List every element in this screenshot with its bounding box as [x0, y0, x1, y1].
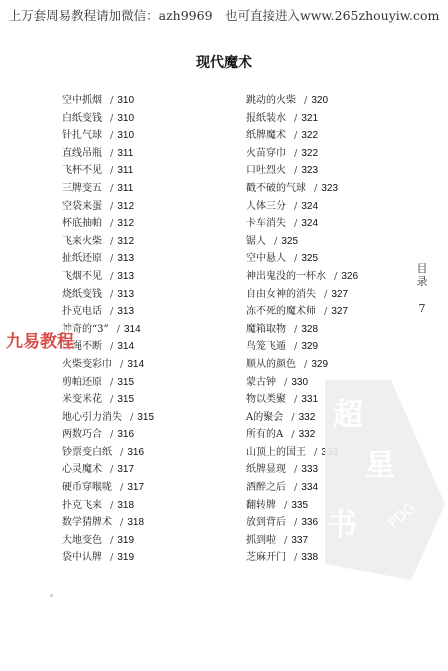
- toc-entry: 硬币穿喉咙/317: [62, 479, 154, 497]
- separator-slash: /: [284, 500, 287, 511]
- entry-page-number: 314: [124, 324, 141, 335]
- toc-entry: 顺从的颜色/329: [246, 356, 358, 374]
- entry-page-number: 332: [299, 412, 316, 423]
- toc-entry: 飞来火柴/312: [62, 233, 154, 251]
- separator-slash: /: [294, 482, 297, 493]
- separator-slash: /: [294, 517, 297, 528]
- entry-title: 芝麻开门: [246, 552, 286, 563]
- separator-slash: /: [274, 236, 277, 247]
- separator-slash: /: [120, 447, 123, 458]
- entry-page-number: 332: [299, 429, 316, 440]
- entry-title: 人体三分: [246, 201, 286, 212]
- entry-page-number: 316: [117, 429, 134, 440]
- toc-entry: 数学猜牌术/318: [62, 514, 154, 532]
- entry-page-number: 322: [301, 130, 318, 141]
- toc-entry: 火苗穿巾/322: [246, 145, 358, 163]
- separator-slash: /: [120, 359, 123, 370]
- scan-speck: [50, 594, 53, 597]
- entry-page-number: 337: [291, 535, 308, 546]
- separator-slash: /: [110, 377, 113, 388]
- section-label-char: 录: [412, 275, 432, 288]
- entry-page-number: 336: [301, 517, 318, 528]
- separator-slash: /: [324, 289, 327, 300]
- toc-entry: 戳不破的气球/323: [246, 180, 358, 198]
- entry-title: 烧纸变钱: [62, 289, 102, 300]
- entry-title: 口吐烈火: [246, 165, 286, 176]
- entry-title: 袋中认牌: [62, 552, 102, 563]
- toc-entry: 三牌变五/311: [62, 180, 154, 198]
- entry-title: 地心引力消失: [62, 412, 122, 423]
- toc-left-column: 空中抓烟/310白纸变钱/310针扎气球/310直线吊瓶/311飞杯不见/311…: [62, 92, 154, 567]
- separator-slash: /: [110, 113, 113, 124]
- entry-title: 放到背后: [246, 517, 286, 528]
- entry-title: 剪帕还原: [62, 377, 102, 388]
- toc-entry: 神出鬼没的一杯水/326: [246, 268, 358, 286]
- separator-slash: /: [110, 289, 113, 300]
- entry-title: 鸟笼飞遁: [246, 341, 286, 352]
- entry-page-number: 313: [117, 289, 134, 300]
- separator-slash: /: [110, 165, 113, 176]
- toc-entry: 人体三分/324: [246, 198, 358, 216]
- separator-slash: /: [110, 183, 113, 194]
- entry-title: 所有的A: [246, 429, 283, 440]
- entry-page-number: 313: [117, 253, 134, 264]
- entry-page-number: 325: [281, 236, 298, 247]
- toc-entry: 火柴变彩巾/314: [62, 356, 154, 374]
- entry-page-number: 324: [301, 201, 318, 212]
- entry-title: A的聚会: [246, 412, 283, 423]
- separator-slash: /: [294, 394, 297, 405]
- entry-page-number: 312: [117, 218, 134, 229]
- separator-slash: /: [291, 429, 294, 440]
- toc-entry: 纸牌魔术/322: [246, 127, 358, 145]
- page-sidebar: 目录 7: [412, 262, 432, 315]
- separator-slash: /: [304, 95, 307, 106]
- separator-slash: /: [294, 464, 297, 475]
- entry-title: 火柴变彩巾: [62, 359, 112, 370]
- entry-title: 自由女神的消失: [246, 289, 316, 300]
- entry-title: 冻不死的魔术师: [246, 306, 316, 317]
- separator-slash: /: [110, 218, 113, 229]
- toc-entry: 袋中认牌/319: [62, 549, 154, 567]
- toc-entry: 飞杯不见/311: [62, 162, 154, 180]
- entry-page-number: 311: [117, 183, 133, 194]
- entry-title: 两数巧合: [62, 429, 102, 440]
- toc-entry: 魔箱取物/328: [246, 321, 358, 339]
- entry-page-number: 311: [117, 148, 133, 159]
- separator-slash: /: [284, 535, 287, 546]
- entry-title: 卡车消失: [246, 218, 286, 229]
- entry-title: 神出鬼没的一杯水: [246, 271, 326, 282]
- entry-page-number: 312: [117, 201, 134, 212]
- separator-slash: /: [314, 183, 317, 194]
- entry-page-number: 325: [301, 253, 318, 264]
- separator-slash: /: [294, 201, 297, 212]
- entry-title: 心灵魔术: [62, 464, 102, 475]
- entry-page-number: 310: [117, 130, 134, 141]
- entry-title: 米变米花: [62, 394, 102, 405]
- entry-page-number: 335: [291, 500, 308, 511]
- separator-slash: /: [110, 271, 113, 282]
- entry-title: 纸牌魔术: [246, 130, 286, 141]
- stamp-glyph: 书: [327, 500, 357, 544]
- entry-title: 顺从的颜色: [246, 359, 296, 370]
- toc-entry: 白纸变钱/310: [62, 110, 154, 128]
- entry-page-number: 314: [117, 341, 134, 352]
- toc-entry: 跳动的火柴/320: [246, 92, 358, 110]
- entry-title: 戳不破的气球: [246, 183, 306, 194]
- entry-title: 扯纸还原: [62, 253, 102, 264]
- entry-title: 火苗穿巾: [246, 148, 286, 159]
- separator-slash: /: [120, 482, 123, 493]
- separator-slash: /: [294, 148, 297, 159]
- library-stamp-watermark: 超 星 书 PDG: [325, 380, 445, 580]
- separator-slash: /: [110, 148, 113, 159]
- separator-slash: /: [110, 500, 113, 511]
- entry-title: 针扎气球: [62, 130, 102, 141]
- entry-page-number: 330: [291, 377, 308, 388]
- entry-page-number: 322: [301, 148, 318, 159]
- separator-slash: /: [314, 447, 317, 458]
- entry-page-number: 313: [117, 271, 134, 282]
- separator-slash: /: [110, 236, 113, 247]
- entry-page-number: 316: [127, 447, 144, 458]
- entry-title: 空中抓烟: [62, 95, 102, 106]
- entry-page-number: 326: [341, 271, 358, 282]
- separator-slash: /: [110, 130, 113, 141]
- toc-entry: 扑克飞来/318: [62, 497, 154, 515]
- separator-slash: /: [110, 341, 113, 352]
- entry-title: 翻转牌: [246, 500, 276, 511]
- section-label-char: 目: [412, 262, 432, 275]
- toc-entry: 大地变色/319: [62, 532, 154, 550]
- separator-slash: /: [294, 552, 297, 563]
- entry-title: 大地变色: [62, 535, 102, 546]
- separator-slash: /: [294, 341, 297, 352]
- stamp-glyph: 超: [333, 390, 363, 434]
- toc-entry: 地心引力消失/315: [62, 409, 154, 427]
- entry-title: 跳动的火柴: [246, 95, 296, 106]
- entry-title: 物以类聚: [246, 394, 286, 405]
- separator-slash: /: [110, 552, 113, 563]
- separator-slash: /: [110, 201, 113, 212]
- entry-title: 扑克飞来: [62, 500, 102, 511]
- toc-entry: 剪帕还原/315: [62, 374, 154, 392]
- entry-title: 山顶上的国王: [246, 447, 306, 458]
- toc-entry: 报纸装水/321: [246, 110, 358, 128]
- separator-slash: /: [294, 165, 297, 176]
- separator-slash: /: [110, 253, 113, 264]
- toc-entry: 针扎气球/310: [62, 127, 154, 145]
- entry-page-number: 328: [301, 324, 318, 335]
- entry-title: 酒醉之后: [246, 482, 286, 493]
- separator-slash: /: [294, 218, 297, 229]
- toc-entry: 烧纸变钱/313: [62, 286, 154, 304]
- entry-title: 报纸装水: [246, 113, 286, 124]
- page-number: 7: [412, 302, 432, 315]
- section-label: 目录: [412, 262, 432, 288]
- separator-slash: /: [294, 324, 297, 335]
- entry-page-number: 327: [331, 289, 348, 300]
- entry-page-number: 318: [127, 517, 144, 528]
- toc-entry: 鸟笼飞遁/329: [246, 338, 358, 356]
- entry-page-number: 319: [117, 552, 134, 563]
- entry-title: 魔箱取物: [246, 324, 286, 335]
- entry-page-number: 315: [117, 377, 134, 388]
- toc-entry: 口吐烈火/323: [246, 162, 358, 180]
- separator-slash: /: [324, 306, 327, 317]
- toc-entry: 飞烟不见/313: [62, 268, 154, 286]
- stamp-pdg-text: PDG: [385, 500, 418, 532]
- entry-page-number: 327: [331, 306, 348, 317]
- entry-page-number: 317: [117, 464, 134, 475]
- toc-entry: 杯底抽帕/312: [62, 215, 154, 233]
- toc-entry: 心灵魔术/317: [62, 461, 154, 479]
- toc-entry: 空袋来蛋/312: [62, 198, 154, 216]
- separator-slash: /: [304, 359, 307, 370]
- separator-slash: /: [110, 306, 113, 317]
- separator-slash: /: [334, 271, 337, 282]
- entry-title: 杯底抽帕: [62, 218, 102, 229]
- entry-page-number: 312: [117, 236, 134, 247]
- toc-entry: 扑克电话/313: [62, 303, 154, 321]
- separator-slash: /: [284, 377, 287, 388]
- entry-title: 钞票变白纸: [62, 447, 112, 458]
- entry-page-number: 333: [301, 464, 318, 475]
- entry-title: 三牌变五: [62, 183, 102, 194]
- toc-entry: 卡车消失/324: [246, 215, 358, 233]
- toc-entry: 两数巧合/316: [62, 426, 154, 444]
- separator-slash: /: [117, 324, 120, 335]
- separator-slash: /: [294, 113, 297, 124]
- toc-entry: 神奇的“3”/314: [62, 321, 154, 339]
- separator-slash: /: [291, 412, 294, 423]
- entry-page-number: 323: [301, 165, 318, 176]
- entry-title: 空中悬人: [246, 253, 286, 264]
- entry-title: 飞烟不见: [62, 271, 102, 282]
- toc-entry: 米变米花/315: [62, 391, 154, 409]
- separator-slash: /: [110, 464, 113, 475]
- entry-page-number: 319: [117, 535, 134, 546]
- toc-entry: 扯纸还原/313: [62, 250, 154, 268]
- entry-page-number: 315: [137, 412, 154, 423]
- entry-page-number: 314: [127, 359, 144, 370]
- entry-title: 锯人: [246, 236, 266, 247]
- toc-entry: 锯人/325: [246, 233, 358, 251]
- separator-slash: /: [110, 429, 113, 440]
- toc-entry: 钞票变白纸/316: [62, 444, 154, 462]
- entry-title: 抓到啦: [246, 535, 276, 546]
- toc-entry: 剪绳不断/314: [62, 338, 154, 356]
- entry-title: 白纸变钱: [62, 113, 102, 124]
- separator-slash: /: [120, 517, 123, 528]
- entry-title: 飞杯不见: [62, 165, 102, 176]
- entry-page-number: 310: [117, 113, 134, 124]
- entry-title: 直线吊瓶: [62, 148, 102, 159]
- entry-page-number: 334: [301, 482, 318, 493]
- promo-banner: 上万套周易教程请加微信：azh9969 也可直接进入www.265zhouyiw…: [0, 6, 448, 24]
- entry-page-number: 318: [117, 500, 134, 511]
- stamp-glyph: 星: [365, 440, 395, 484]
- separator-slash: /: [130, 412, 133, 423]
- toc-entry: 空中抓烟/310: [62, 92, 154, 110]
- entry-page-number: 323: [321, 183, 338, 194]
- toc-entry: 冻不死的魔术师/327: [246, 303, 358, 321]
- entry-page-number: 329: [301, 341, 318, 352]
- entry-page-number: 331: [301, 394, 318, 405]
- section-title: 现代魔术: [0, 52, 448, 72]
- entry-page-number: 338: [301, 552, 318, 563]
- separator-slash: /: [110, 394, 113, 405]
- separator-slash: /: [294, 253, 297, 264]
- toc-entry: 空中悬人/325: [246, 250, 358, 268]
- toc-entry: 自由女神的消失/327: [246, 286, 358, 304]
- entry-page-number: 321: [301, 113, 318, 124]
- entry-page-number: 313: [117, 306, 134, 317]
- entry-title: 纸牌显现: [246, 464, 286, 475]
- entry-title: 飞来火柴: [62, 236, 102, 247]
- separator-slash: /: [110, 535, 113, 546]
- entry-page-number: 310: [117, 95, 134, 106]
- entry-title: 扑克电话: [62, 306, 102, 317]
- entry-page-number: 320: [311, 95, 328, 106]
- separator-slash: /: [110, 95, 113, 106]
- entry-page-number: 324: [301, 218, 318, 229]
- separator-slash: /: [294, 130, 297, 141]
- entry-page-number: 329: [311, 359, 328, 370]
- entry-page-number: 311: [117, 165, 133, 176]
- toc-entry: 直线吊瓶/311: [62, 145, 154, 163]
- entry-page-number: 317: [127, 482, 144, 493]
- entry-page-number: 315: [117, 394, 134, 405]
- entry-title: 数学猜牌术: [62, 517, 112, 528]
- entry-title: 蒙古钟: [246, 377, 276, 388]
- entry-title: 空袋来蛋: [62, 201, 102, 212]
- entry-title: 硬币穿喉咙: [62, 482, 112, 493]
- red-watermark: 九易教程: [6, 327, 74, 352]
